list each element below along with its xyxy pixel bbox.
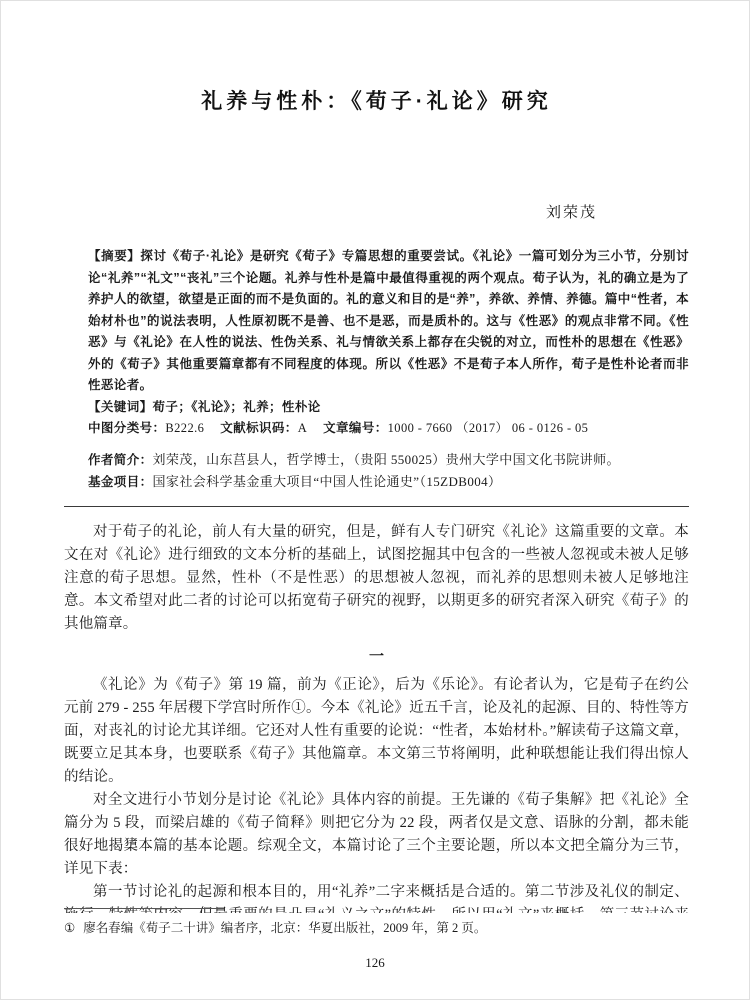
paper-page: 礼养与性朴：《荀子·礼论》研究 刘荣茂 【摘要】探讨《荀子·礼论》是研究《荀子》… (0, 0, 750, 1000)
front-matter-divider (64, 506, 689, 507)
abstract: 【摘要】探讨《荀子·礼论》是研究《荀子》专篇思想的重要尝试。《礼论》一篇可划分为… (88, 246, 689, 397)
body-paragraph-2: 《礼论》为《荀子》第 19 篇，前为《正论》，后为《乐论》。有论者认为，它是荀子… (64, 674, 689, 789)
article-title: 礼养与性朴：《荀子·礼论》研究 (64, 85, 689, 115)
keywords: 【关键词】荀子；《礼论》；礼养；性朴论 (88, 397, 689, 419)
article-id-label: 文章编号： (323, 421, 388, 435)
footnote: ①廖名春编《荀子二十讲》编者序，北京：华夏出版社，2009 年，第 2 页。 (64, 919, 689, 937)
keywords-label: 【关键词】 (88, 400, 153, 414)
doc-code-value: A (298, 421, 307, 435)
author-bio-label: 作者简介： (88, 453, 153, 467)
doc-code-label: 文献标识码： (220, 421, 297, 435)
article-author: 刘荣茂 (64, 201, 689, 222)
classification-line: 中图分类号：B222.6文献标识码：A文章编号：1000 - 7660 （201… (88, 418, 689, 440)
page-number: 126 (1, 955, 749, 971)
article-body: 对于荀子的礼论，前人有大量的研究，但是，鲜有人专门研究《礼论》这篇重要的文章。本… (64, 521, 689, 913)
body-paragraph-3: 对全文进行小节划分是讨论《礼论》具体内容的前提。王先谦的《荀子集解》把《礼论》全… (64, 789, 689, 881)
clc-value: B222.6 (165, 421, 204, 435)
author-bio: 作者简介：刘荣茂，山东莒县人，哲学博士，（贵阳 550025）贵州大学中国文化书… (88, 449, 689, 472)
funding-label: 基金项目： (88, 475, 153, 489)
footnote-area: ①廖名春编《荀子二十讲》编者序，北京：华夏出版社，2009 年，第 2 页。 (64, 908, 689, 937)
funding: 基金项目：国家社会科学基金重大项目“中国人性论通史”（15ZDB004） (88, 471, 689, 494)
clc-label: 中图分类号： (88, 421, 165, 435)
article-id-value: 1000 - 7660 （2017） 06 - 0126 - 05 (388, 421, 589, 435)
front-matter: 【摘要】探讨《荀子·礼论》是研究《荀子》专篇思想的重要尝试。《礼论》一篇可划分为… (88, 246, 689, 494)
section-heading: 一 (64, 649, 689, 665)
footnote-text: 廖名春编《荀子二十讲》编者序，北京：华夏出版社，2009 年，第 2 页。 (83, 921, 486, 935)
footnote-rule (64, 908, 224, 909)
funding-text: 国家社会科学基金重大项目“中国人性论通史”（15ZDB004） (153, 474, 502, 489)
footnote-marker: ① (64, 921, 75, 935)
keywords-text: 荀子；《礼论》；礼养；性朴论 (153, 400, 321, 414)
body-paragraph-1: 对于荀子的礼论，前人有大量的研究，但是，鲜有人专门研究《礼论》这篇重要的文章。本… (64, 521, 689, 636)
abstract-label: 【摘要】 (88, 249, 140, 263)
author-bio-text: 刘荣茂，山东莒县人，哲学博士，（贵阳 550025）贵州大学中国文化书院讲师。 (153, 452, 620, 467)
abstract-text: 探讨《荀子·礼论》是研究《荀子》专篇思想的重要尝试。《礼论》一篇可划分为三小节，… (88, 249, 689, 392)
